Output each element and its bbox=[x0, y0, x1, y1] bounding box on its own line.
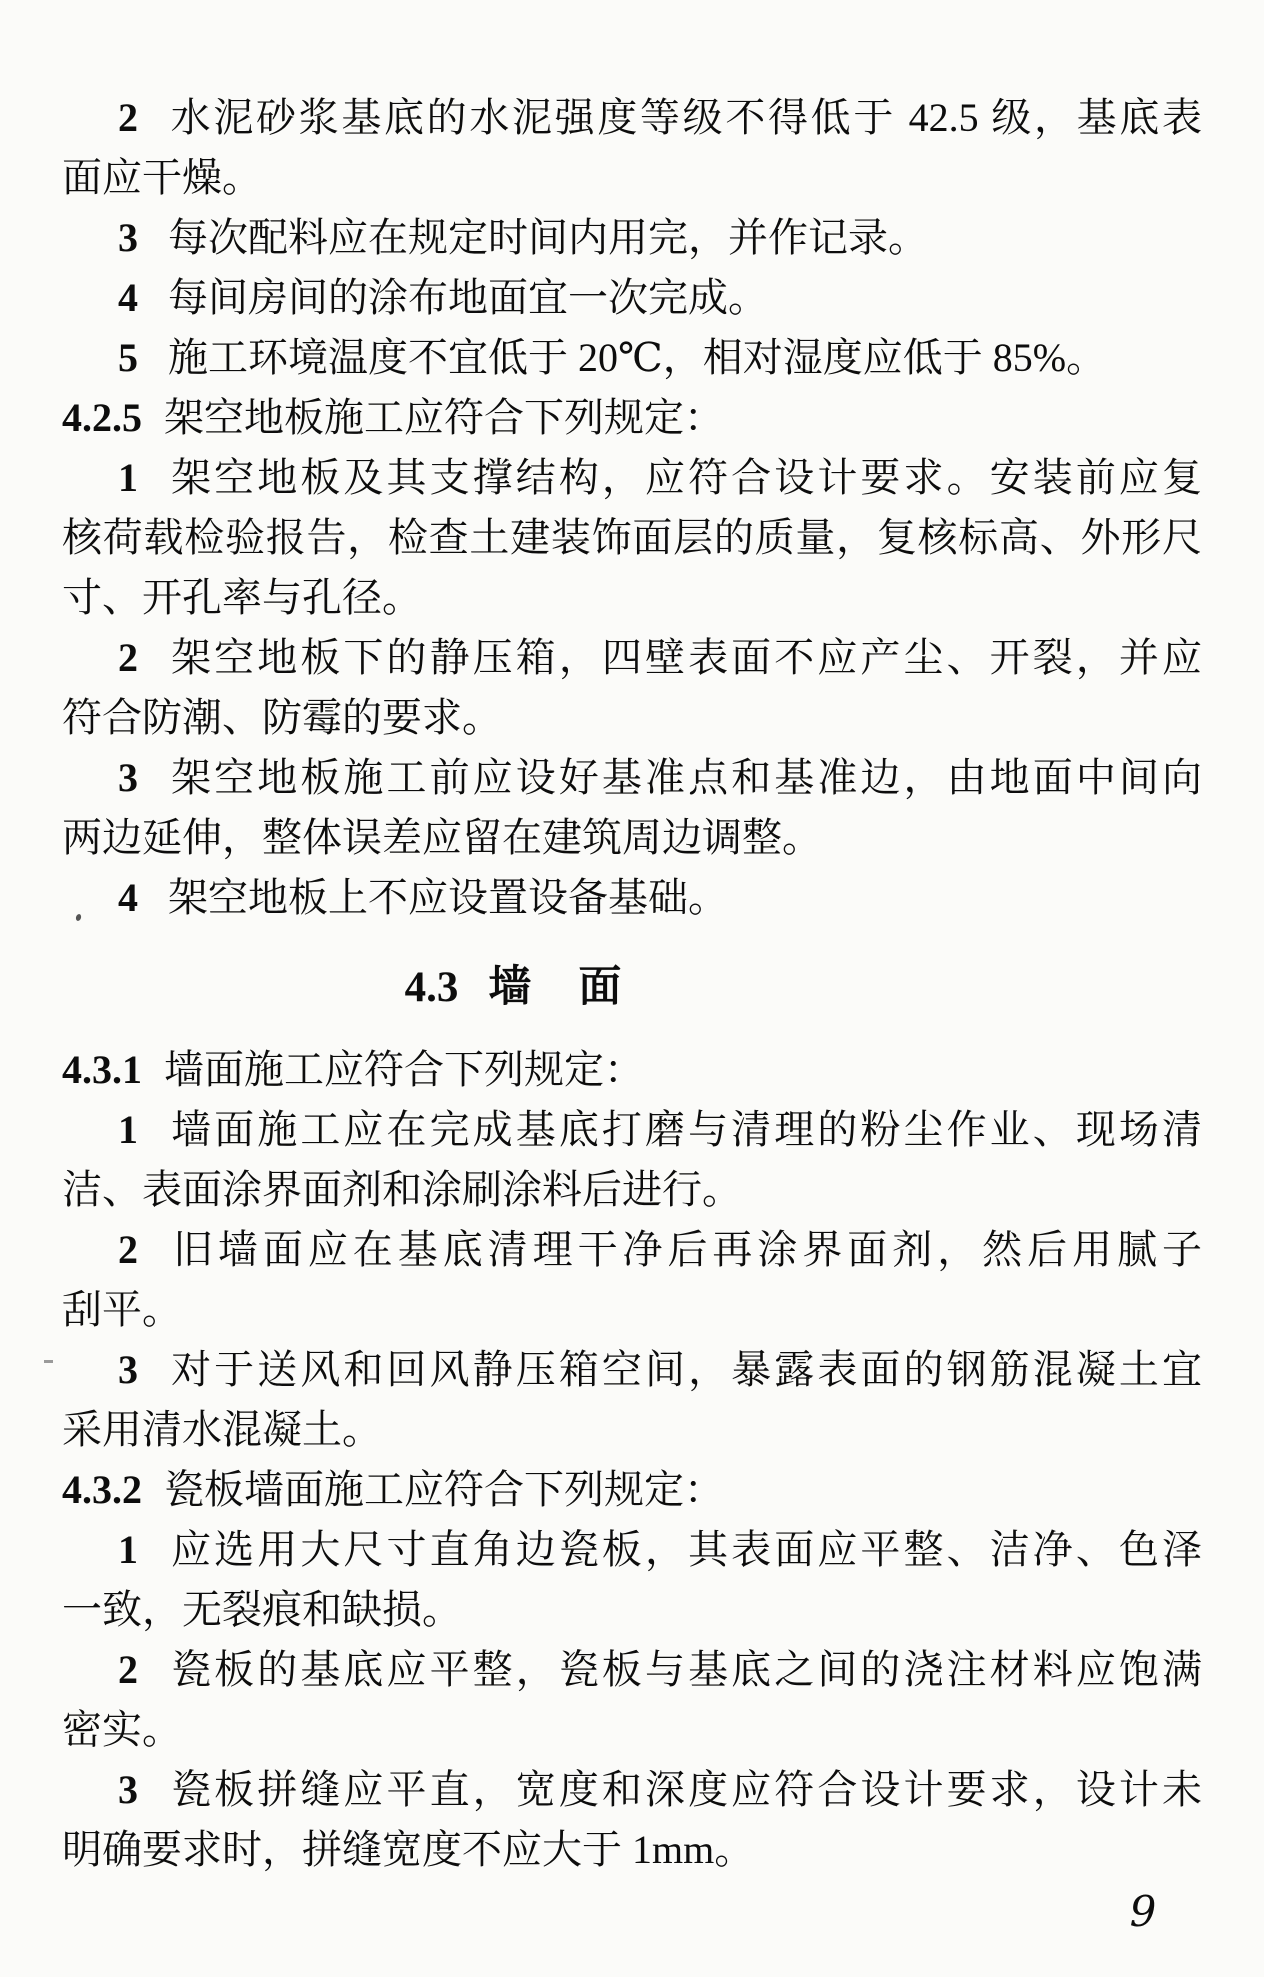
text-line: 2架空地板下的静压箱，四壁表面不应产尘、开裂，并应 bbox=[62, 628, 1202, 688]
item-number: 2 bbox=[118, 1227, 138, 1272]
line-text: 两边延伸，整体误差应留在建筑周边调整。 bbox=[62, 815, 822, 860]
clause-number: 4.3.1 bbox=[62, 1047, 142, 1092]
item-number: 2 bbox=[118, 95, 138, 140]
text-line: 4每间房间的涂布地面宜一次完成。 bbox=[62, 268, 1202, 328]
line-text: 洁、表面涂界面剂和涂刷涂料后进行。 bbox=[62, 1167, 742, 1212]
text-line: 3每次配料应在规定时间内用完，并作记录。 bbox=[62, 208, 1202, 268]
text-line: 两边延伸，整体误差应留在建筑周边调整。 bbox=[62, 808, 1202, 868]
item-number: 5 bbox=[118, 335, 138, 380]
line-text: 面应干燥。 bbox=[62, 155, 262, 200]
text-line: 明确要求时，拼缝宽度不应大于 1mm。 bbox=[62, 1820, 1202, 1880]
line-text: 刮平。 bbox=[62, 1287, 182, 1332]
text-line: 2瓷板的基底应平整，瓷板与基底之间的浇注材料应饱满 bbox=[62, 1640, 1202, 1700]
text-line: 4架空地板上不应设置设备基础。 bbox=[62, 868, 1202, 928]
line-text: 架空地板上不应设置设备基础。 bbox=[168, 875, 728, 920]
line-text: 应选用大尺寸直角边瓷板，其表面应平整、洁净、色泽 bbox=[168, 1527, 1202, 1572]
text-line: 4.2.5架空地板施工应符合下列规定： bbox=[62, 388, 1202, 448]
item-number: 3 bbox=[118, 1347, 138, 1392]
line-text: 水泥砂浆基底的水泥强度等级不得低于 42.5 级，基底表 bbox=[168, 95, 1202, 140]
line-text: 旧墙面应在基底清理干净后再涂界面剂，然后用腻子 bbox=[168, 1227, 1202, 1272]
document-page: 2水泥砂浆基底的水泥强度等级不得低于 42.5 级，基底表面应干燥。3每次配料应… bbox=[0, 0, 1264, 1977]
line-text: 施工环境温度不宜低于 20℃，相对湿度应低于 85%。 bbox=[168, 335, 1106, 380]
item-number: 3 bbox=[118, 1767, 138, 1812]
heading-number: 4.3 bbox=[405, 958, 459, 1018]
item-number: 3 bbox=[118, 215, 138, 260]
line-text: 墙面施工应符合下列规定： bbox=[164, 1047, 644, 1092]
text-line: 2旧墙面应在基底清理干净后再涂界面剂，然后用腻子 bbox=[62, 1220, 1202, 1280]
line-text: 明确要求时，拼缝宽度不应大于 1mm。 bbox=[62, 1827, 754, 1872]
clause-number: 4.3.2 bbox=[62, 1467, 142, 1512]
text-line: 采用清水混凝土。 bbox=[62, 1400, 1202, 1460]
text-line: 4.3.2瓷板墙面施工应符合下列规定： bbox=[62, 1460, 1202, 1520]
page-number: 9 bbox=[1103, 1882, 1183, 1942]
item-number: 2 bbox=[118, 1647, 138, 1692]
line-text: 瓷板拼缝应平直，宽度和深度应符合设计要求，设计未 bbox=[168, 1767, 1202, 1812]
line-text: 架空地板及其支撑结构，应符合设计要求。安装前应复 bbox=[168, 455, 1202, 500]
text-line: 3架空地板施工前应设好基准点和基准边，由地面中间向 bbox=[62, 748, 1202, 808]
line-text: 墙面施工应在完成基底打磨与清理的粉尘作业、现场清 bbox=[168, 1107, 1202, 1152]
page-content: 2水泥砂浆基底的水泥强度等级不得低于 42.5 级，基底表面应干燥。3每次配料应… bbox=[62, 88, 1202, 1880]
text-line: 3瓷板拼缝应平直，宽度和深度应符合设计要求，设计未 bbox=[62, 1760, 1202, 1820]
item-number: 3 bbox=[118, 755, 138, 800]
line-text: 每间房间的涂布地面宜一次完成。 bbox=[168, 275, 768, 320]
text-line: 2水泥砂浆基底的水泥强度等级不得低于 42.5 级，基底表 bbox=[62, 88, 1202, 148]
text-line: 面应干燥。 bbox=[62, 148, 1202, 208]
line-text: 架空地板下的静压箱，四壁表面不应产尘、开裂，并应 bbox=[168, 635, 1202, 680]
text-line: 刮平。 bbox=[62, 1280, 1202, 1340]
item-number: 1 bbox=[118, 1527, 138, 1572]
line-text: 对于送风和回风静压箱空间，暴露表面的钢筋混凝土宜 bbox=[168, 1347, 1202, 1392]
heading-title: 墙 面 bbox=[488, 958, 623, 1018]
line-text: 符合防潮、防霉的要求。 bbox=[62, 695, 502, 740]
text-line: 1架空地板及其支撑结构，应符合设计要求。安装前应复 bbox=[62, 448, 1202, 508]
clause-number: 4.2.5 bbox=[62, 395, 142, 440]
line-text: 寸、开孔率与孔径。 bbox=[62, 575, 422, 620]
text-line: 一致，无裂痕和缺损。 bbox=[62, 1580, 1202, 1640]
text-line: 寸、开孔率与孔径。 bbox=[62, 568, 1202, 628]
text-line: 5施工环境温度不宜低于 20℃，相对湿度应低于 85%。 bbox=[62, 328, 1202, 388]
scan-artifact bbox=[44, 1360, 53, 1363]
section-heading: 4.3墙 面 bbox=[0, 958, 1084, 1018]
line-text: 瓷板墙面施工应符合下列规定： bbox=[164, 1467, 724, 1512]
text-line: 洁、表面涂界面剂和涂刷涂料后进行。 bbox=[62, 1160, 1202, 1220]
item-number: 4 bbox=[118, 275, 138, 320]
line-text: 架空地板施工应符合下列规定： bbox=[164, 395, 724, 440]
text-line: 3对于送风和回风静压箱空间，暴露表面的钢筋混凝土宜 bbox=[62, 1340, 1202, 1400]
line-text: 每次配料应在规定时间内用完，并作记录。 bbox=[168, 215, 928, 260]
line-text: 密实。 bbox=[62, 1707, 182, 1752]
line-text: 瓷板的基底应平整，瓷板与基底之间的浇注材料应饱满 bbox=[168, 1647, 1202, 1692]
item-number: 1 bbox=[118, 455, 138, 500]
item-number: 2 bbox=[118, 635, 138, 680]
line-text: 一致，无裂痕和缺损。 bbox=[62, 1587, 462, 1632]
text-line: 密实。 bbox=[62, 1700, 1202, 1760]
text-line: 符合防潮、防霉的要求。 bbox=[62, 688, 1202, 748]
text-line: 核荷载检验报告，检查土建装饰面层的质量，复核标高、外形尺 bbox=[62, 508, 1202, 568]
line-text: 核荷载检验报告，检查土建装饰面层的质量，复核标高、外形尺 bbox=[62, 515, 1202, 560]
item-number: 1 bbox=[118, 1107, 138, 1152]
item-number: 4 bbox=[118, 875, 138, 920]
line-text: 架空地板施工前应设好基准点和基准边，由地面中间向 bbox=[168, 755, 1202, 800]
text-line: 4.3.1墙面施工应符合下列规定： bbox=[62, 1040, 1202, 1100]
text-line: 1墙面施工应在完成基底打磨与清理的粉尘作业、现场清 bbox=[62, 1100, 1202, 1160]
text-line: 1应选用大尺寸直角边瓷板，其表面应平整、洁净、色泽 bbox=[62, 1520, 1202, 1580]
line-text: 采用清水混凝土。 bbox=[62, 1407, 382, 1452]
